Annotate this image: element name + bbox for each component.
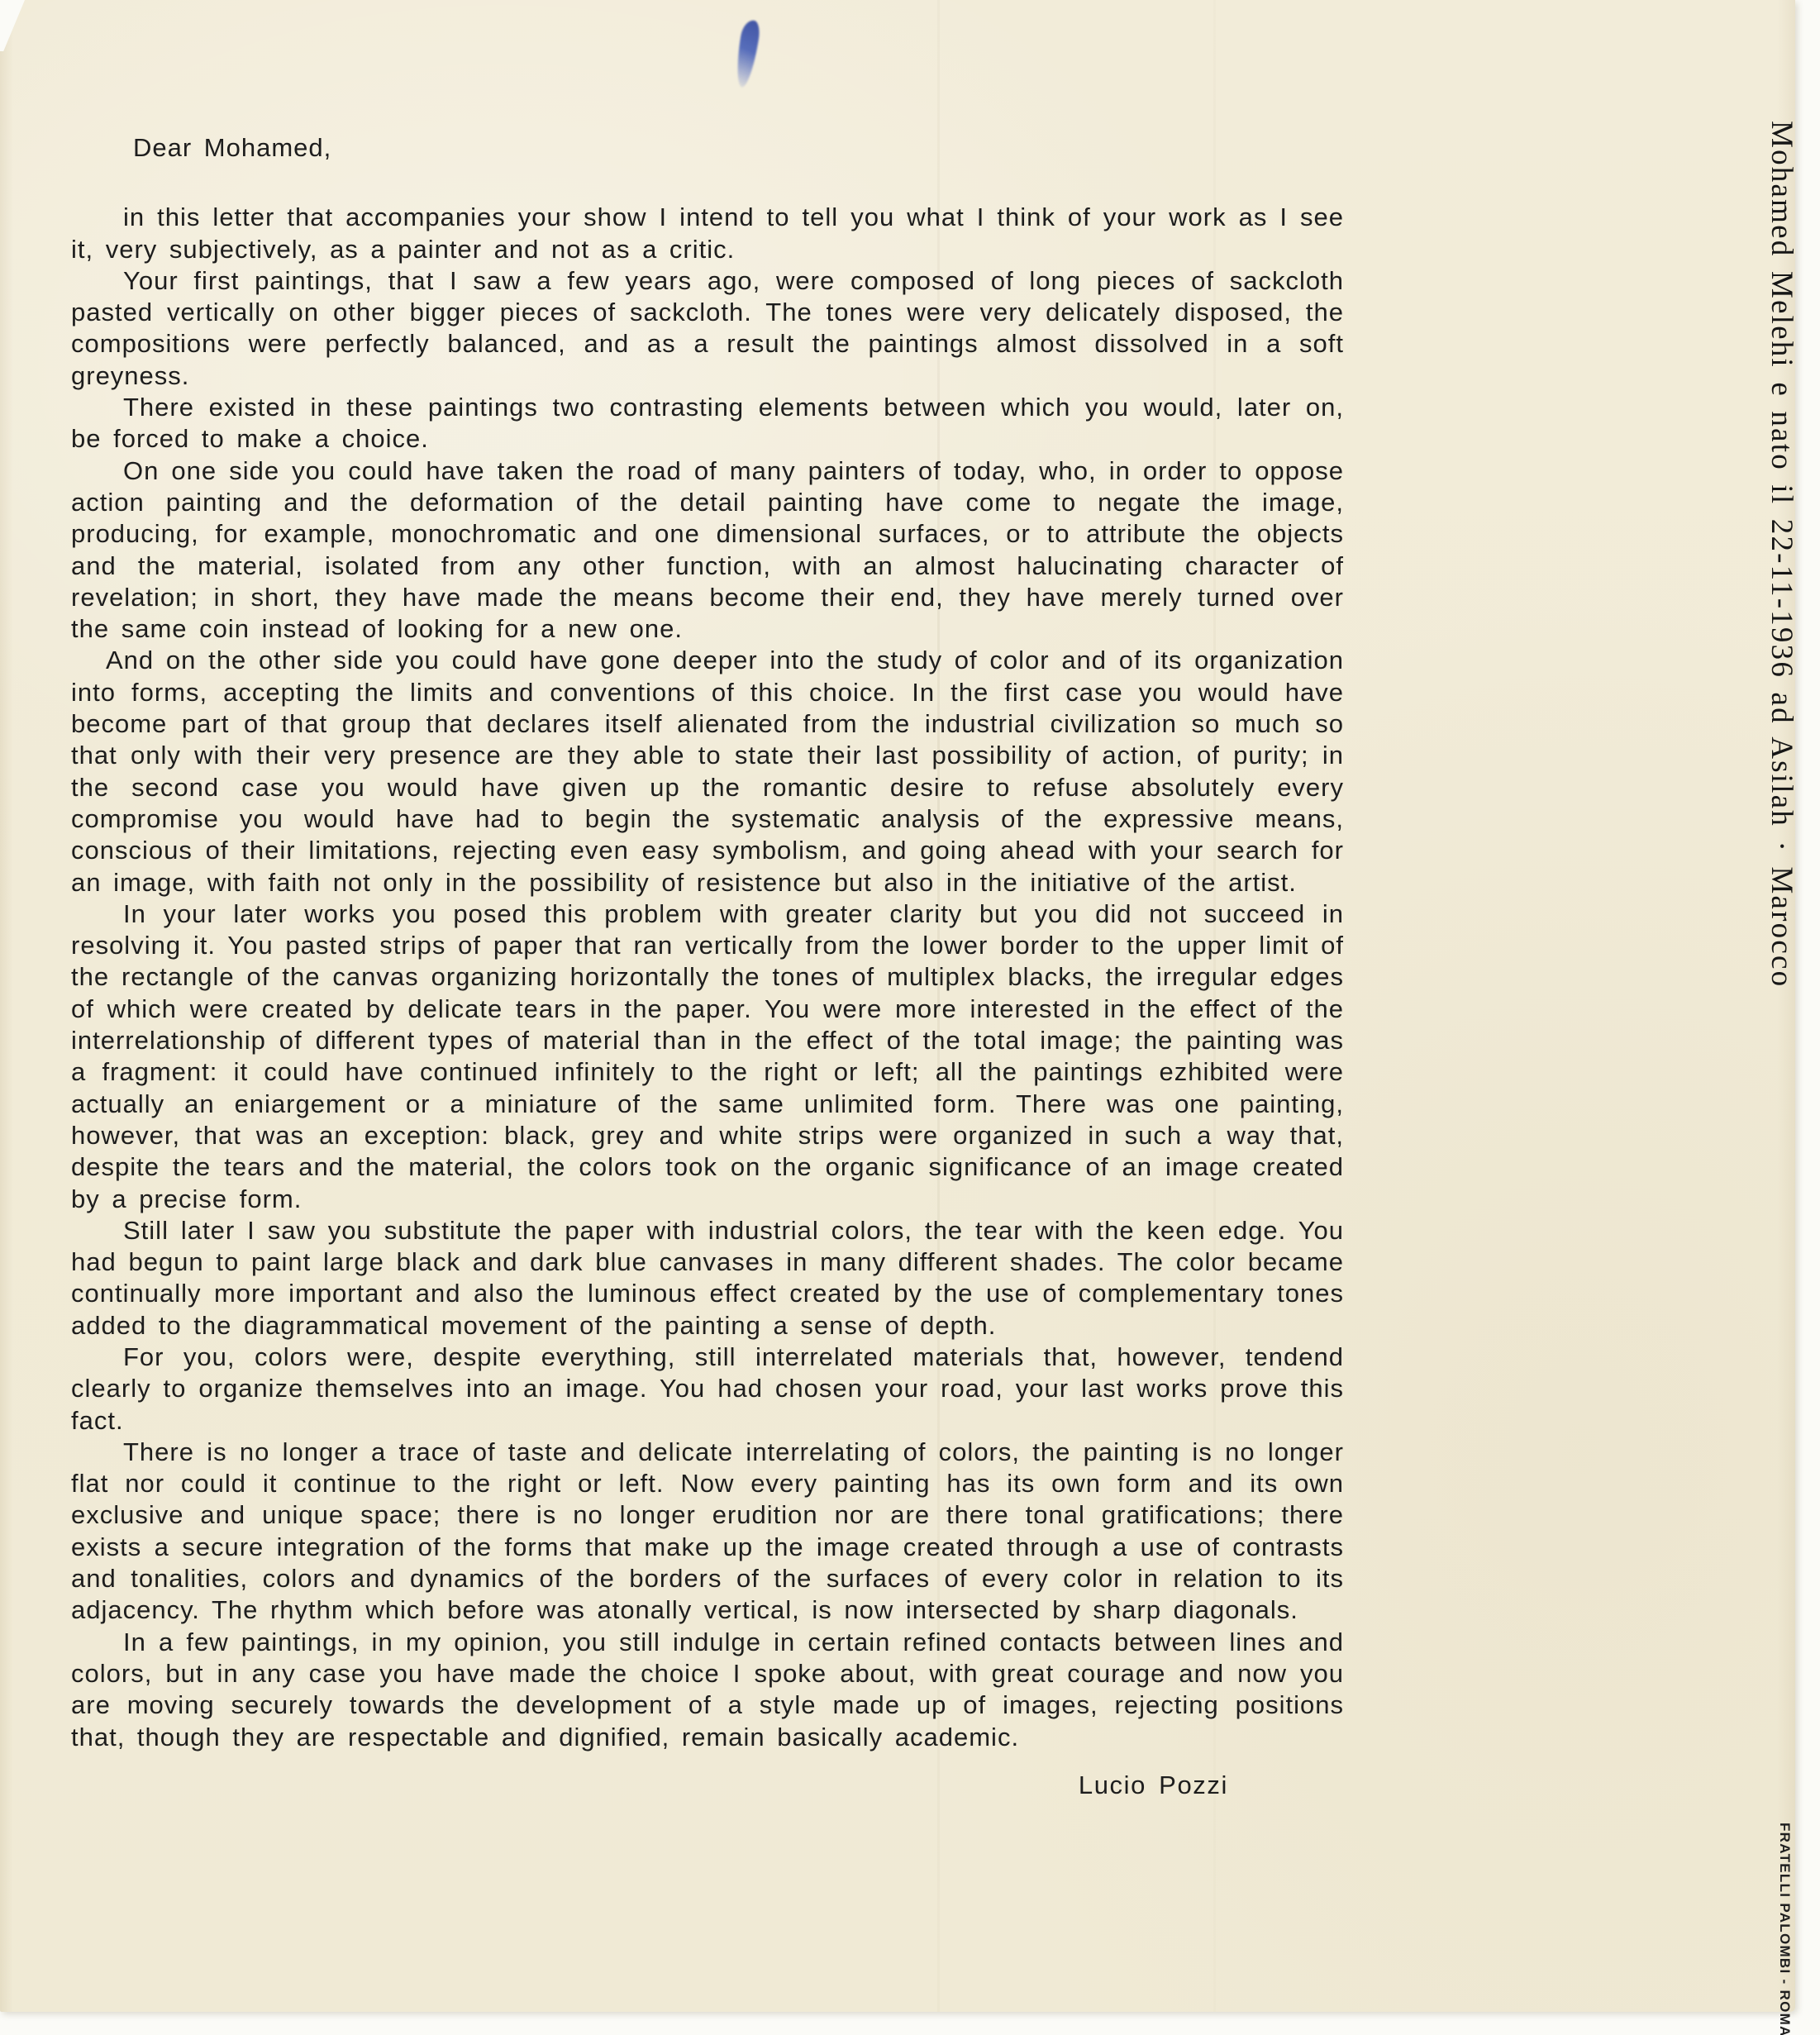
- letter-body: Dear Mohamed, in this letter that accomp…: [71, 132, 1344, 1801]
- letter-paragraph: In a few paintings, in my opinion, you s…: [71, 1627, 1344, 1753]
- letter-paragraph: There is no longer a trace of taste and …: [71, 1437, 1344, 1627]
- artist-biography-text: Mohamed Melehi e nato il 22-11-1936 ad A…: [1764, 121, 1799, 988]
- letter-paragraph: in this letter that accompanies your sho…: [71, 202, 1344, 265]
- letter-paragraph: For you, colors were, despite everything…: [71, 1342, 1344, 1437]
- letter-paragraph: And on the other side you could have gon…: [71, 645, 1344, 898]
- letter-paragraph: There existed in these paintings two con…: [71, 392, 1344, 455]
- salutation: Dear Mohamed,: [71, 132, 1344, 164]
- printer-imprint-text: FRATELLI PALOMBI - ROMA: [1776, 1823, 1793, 2035]
- signature: Lucio Pozzi: [71, 1770, 1228, 1801]
- paragraphs: in this letter that accompanies your sho…: [71, 202, 1344, 1753]
- scanned-letter-page: { "page": { "description": "Scanned exhi…: [0, 0, 1820, 2035]
- letter-paragraph: On one side you could have taken the roa…: [71, 455, 1344, 646]
- letter-paragraph: Still later I saw you substitute the pap…: [71, 1215, 1344, 1342]
- letter-paragraph: Your first paintings, that I saw a few y…: [71, 265, 1344, 392]
- letter-paragraph: In your later works you posed this probl…: [71, 898, 1344, 1215]
